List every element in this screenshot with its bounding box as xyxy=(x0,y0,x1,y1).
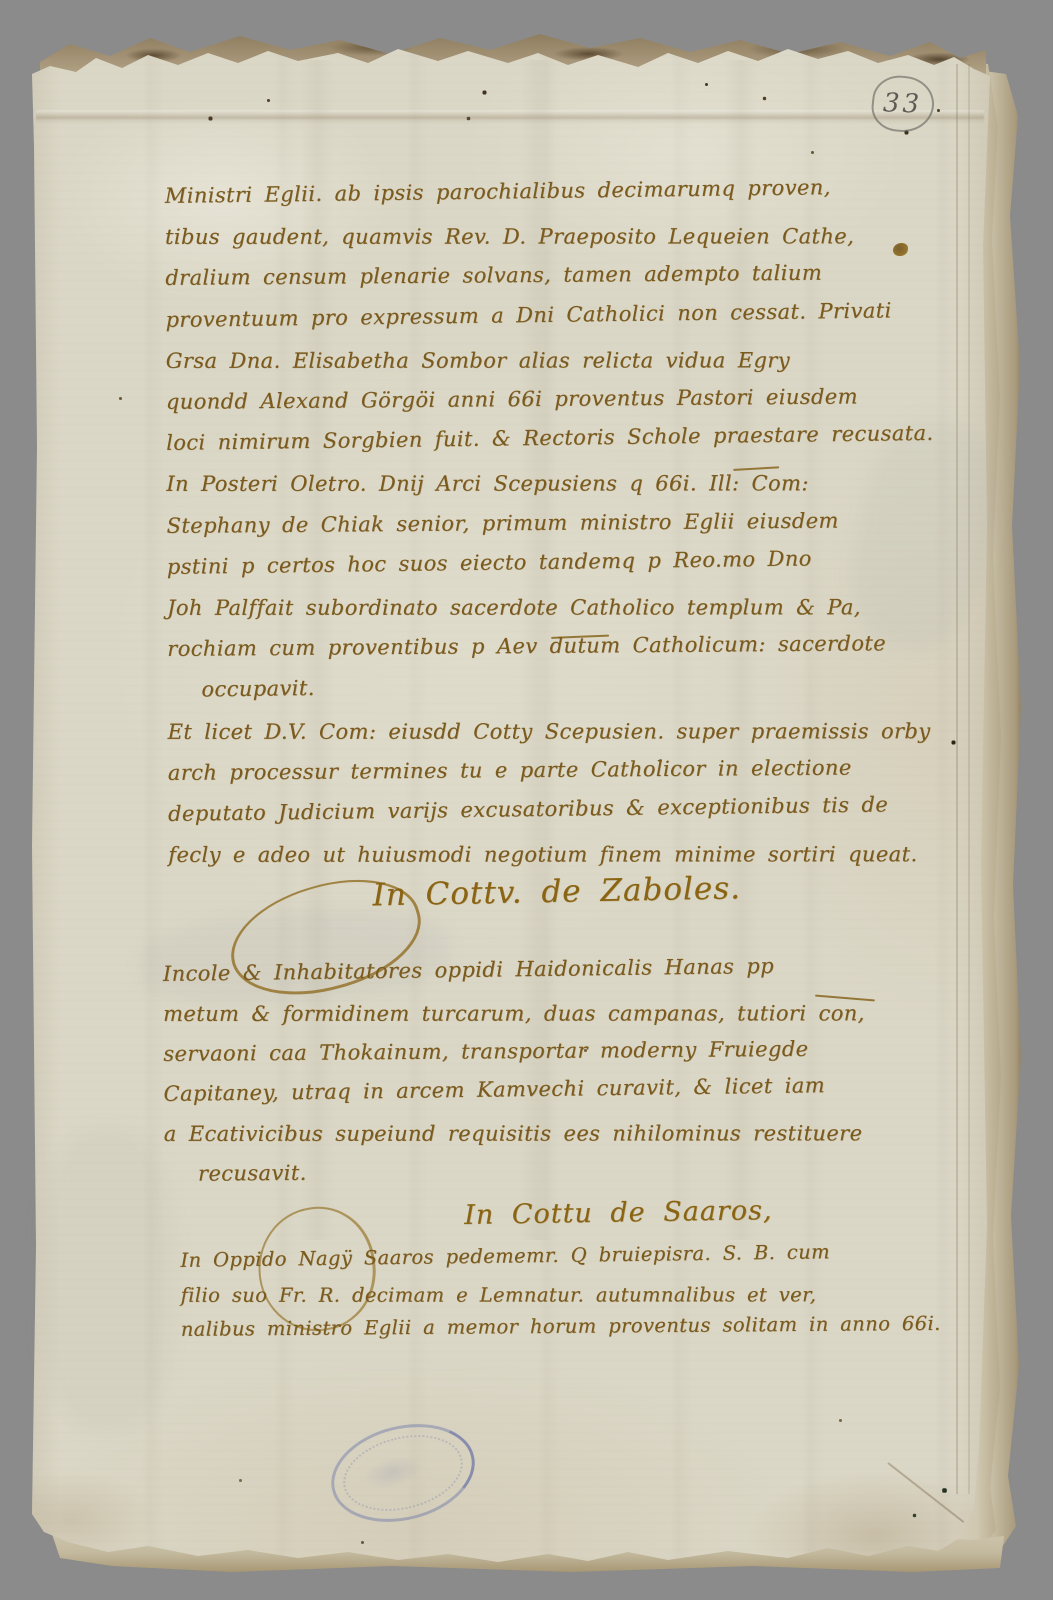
text-line: Et licet D.V. Com: eiusdd Cotty Scepusie… xyxy=(168,711,968,753)
text-line: recusavit. xyxy=(164,1148,964,1194)
paragraph-3: In Oppido Nagÿ Saaros pedememr. Q bruiep… xyxy=(180,1240,981,1348)
paragraph-1: Ministri Eglii. ab ipsis parochialibus d… xyxy=(165,172,969,877)
text-line: fecly e adeo ut huiusmodi negotium finem… xyxy=(168,834,968,876)
section-heading-saaros: In Cottu de Saaros, xyxy=(464,1195,773,1231)
section-heading-zaboles: In Cottv. de Zaboles. xyxy=(372,870,741,913)
text-line: In Posteri Oletro. Dnij Arci Scepusiens … xyxy=(166,464,966,506)
paper-specks xyxy=(0,0,1,1)
text-line: Ministri Eglii. ab ipsis parochialibus d… xyxy=(165,165,965,217)
text-line: occupavit. xyxy=(167,660,967,712)
handwritten-text: Ministri Eglii. ab ipsis parochialibus d… xyxy=(0,0,1053,1600)
text-line: loci nimirum Sorgbien fuit. & Rectoris S… xyxy=(166,413,966,465)
text-line: nalibus ministro Eglii a memor horum pro… xyxy=(181,1307,981,1348)
manuscript-photo: 33 Ministri Eglii. ab ipsis parochialibu… xyxy=(0,0,1053,1600)
paragraph-2: Incole & Inhabitatores oppidi Haidonical… xyxy=(163,950,964,1194)
